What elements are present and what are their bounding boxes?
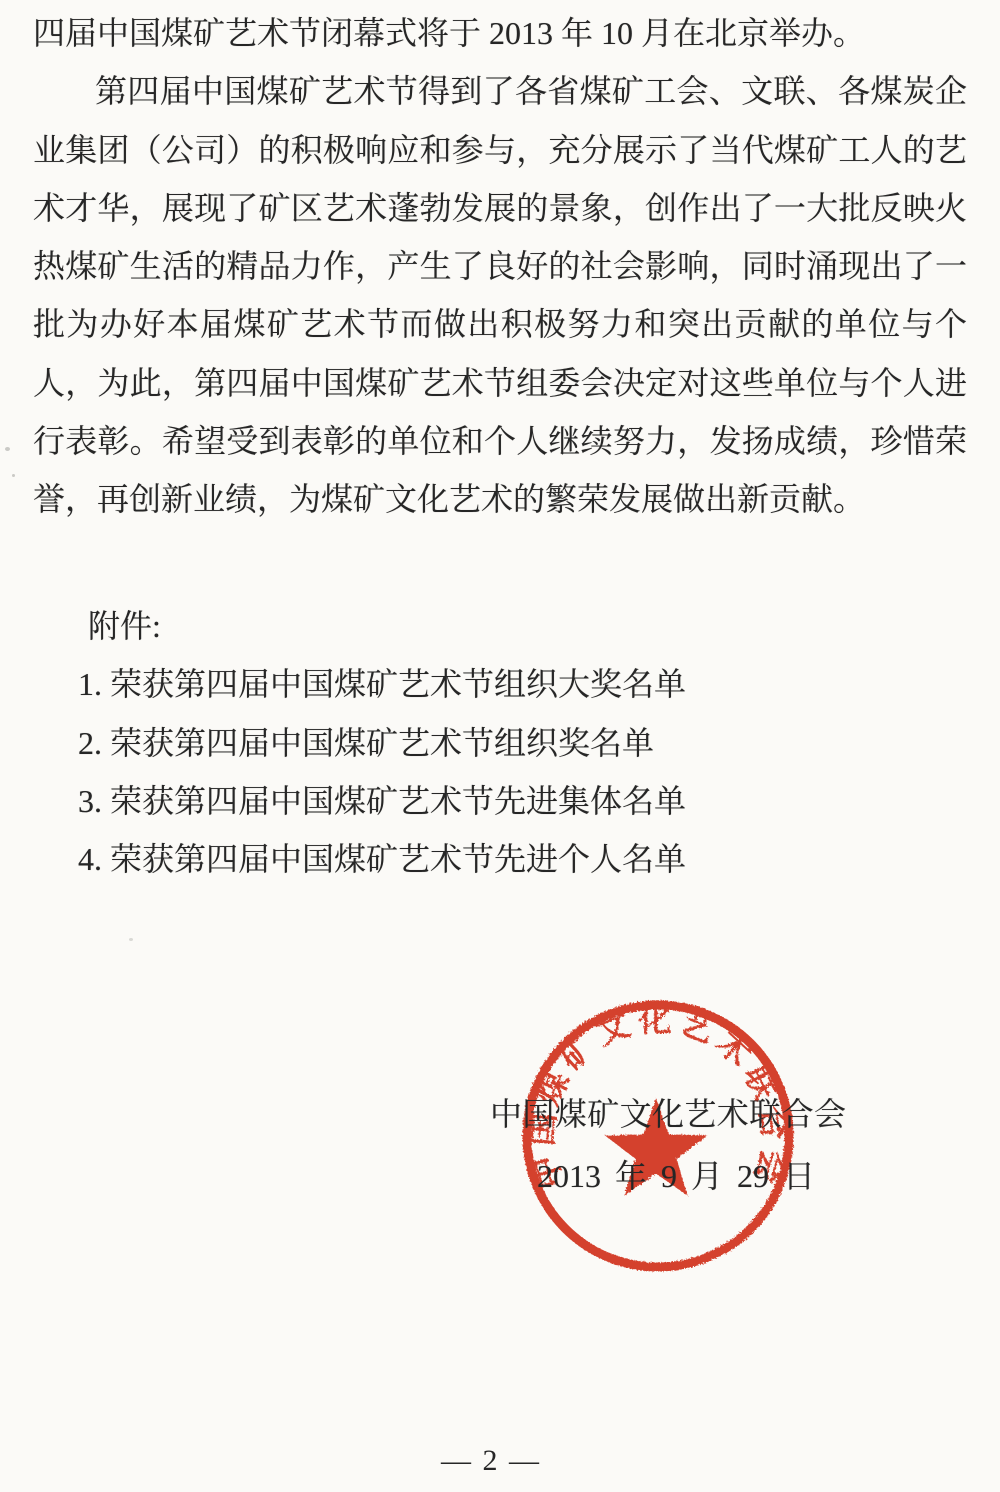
scan-speck [129,938,133,941]
body-line: 誉，再创新业绩，为煤矿文化艺术的繁荣发展做出新贡献。 [33,470,967,528]
body-line: 人，为此，第四届中国煤矿艺术节组委会决定对这些单位与个人进 [33,354,967,412]
scan-speck [5,447,10,451]
scan-speck [12,474,15,477]
official-seal: 中国煤矿文化艺术联合会 [508,986,808,1286]
attachment-label: 附件: [78,597,686,655]
attachment-item: 3. 荣获第四届中国煤矿艺术节先进集体名单 [78,772,686,830]
document-page: 四届中国煤矿艺术节闭幕式将于 2013 年 10 月在北京举办。 第四届中国煤矿… [0,0,1000,1492]
body-line: 第四届中国煤矿艺术节得到了各省煤矿工会、文联、各煤炭企 [33,62,967,120]
attachment-item: 4. 荣获第四届中国煤矿艺术节先进个人名单 [78,830,686,888]
attachment-item: 1. 荣获第四届中国煤矿艺术节组织大奖名单 [78,655,686,713]
body-line: 术才华，展现了矿区艺术蓬勃发展的景象，创作出了一大批反映火 [33,179,967,237]
body-line: 行表彰。希望受到表彰的单位和个人继续努力，发扬成绩，珍惜荣 [33,412,967,470]
page-number: — 2 — [0,1444,991,1478]
signature-organization: 中国煤矿文化艺术联合会 [490,1089,846,1135]
body-line: 四届中国煤矿艺术节闭幕式将于 2013 年 10 月在北京举办。 [33,4,967,62]
body-line: 批为办好本届煤矿艺术节而做出积极努力和突出贡献的单位与个 [33,295,967,353]
attachment-item: 2. 荣获第四届中国煤矿艺术节组织奖名单 [78,714,686,772]
body-paragraphs: 四届中国煤矿艺术节闭幕式将于 2013 年 10 月在北京举办。 第四届中国煤矿… [33,4,967,529]
body-line: 业集团（公司）的积极响应和参与，充分展示了当代煤矿工人的艺 [33,121,967,179]
attachment-list: 附件: 1. 荣获第四届中国煤矿艺术节组织大奖名单 2. 荣获第四届中国煤矿艺术… [78,597,686,888]
body-line: 热煤矿生活的精品力作，产生了良好的社会影响，同时涌现出了一 [33,237,967,295]
signature-date: 2013 年 9 月 29 日 [537,1151,815,1197]
